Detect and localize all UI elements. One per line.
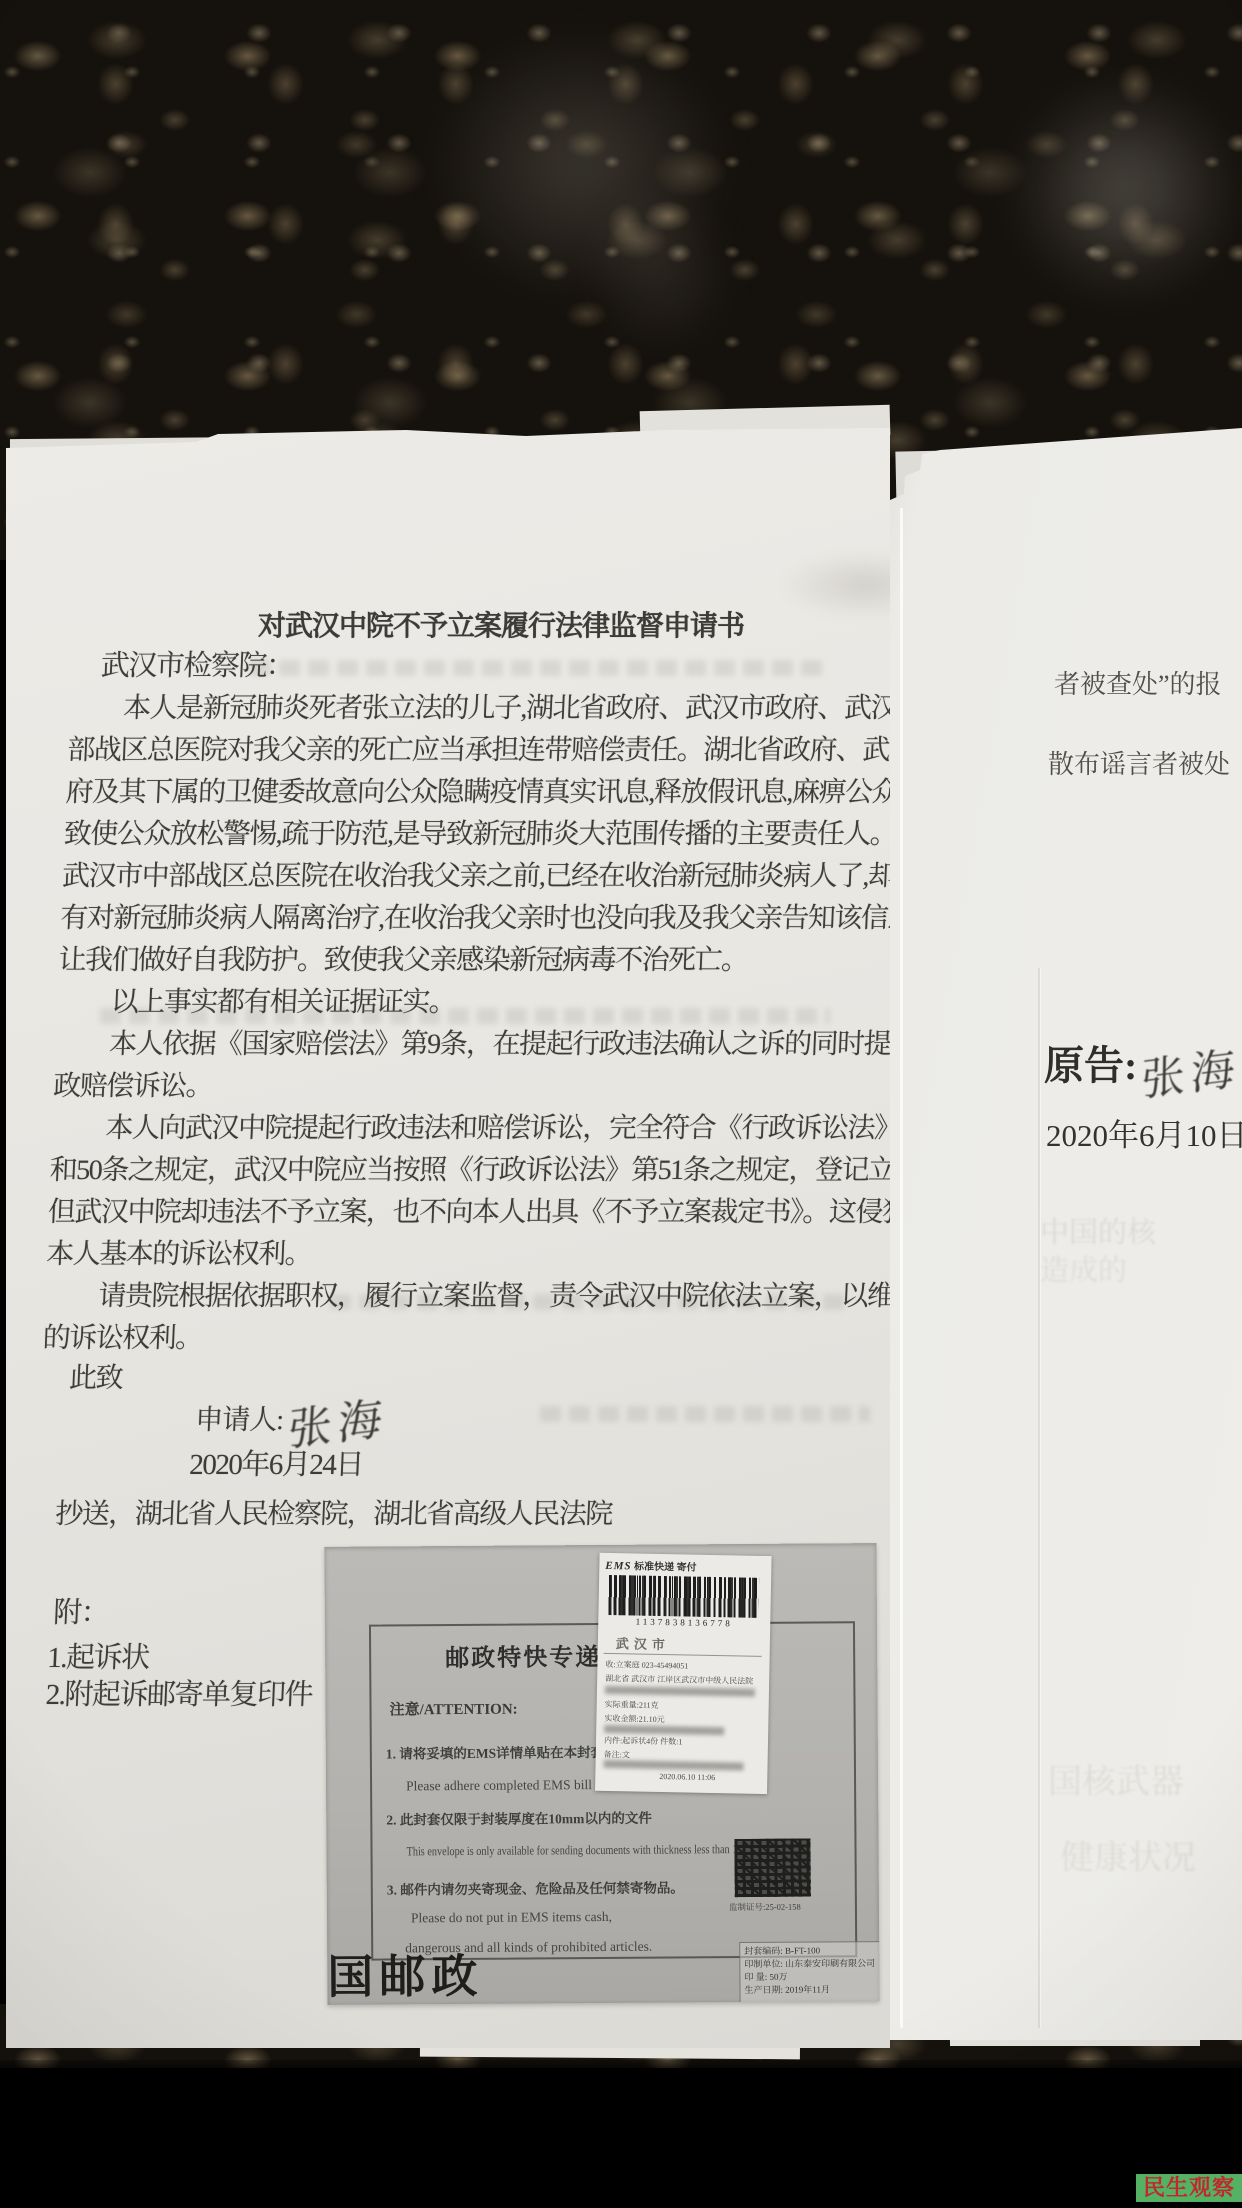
body-line: 本人基本的诉讼权利。 (46, 1232, 313, 1272)
attachment-item: 1.起诉状 (47, 1635, 150, 1676)
qr-caption: 监制证号:25-02-158 (729, 1901, 801, 1914)
body-line: 武汉市中部战区总医院在收治我父亲之前,已经在收治新冠肺炎病人了,却没 (61, 854, 922, 894)
bleed-through-text: 中国的核 (1040, 1210, 1156, 1251)
granite-reflection (1010, 80, 1240, 300)
body-line: 部战区总医院对我父亲的死亡应当承担连带赔偿责任。湖北省政府、武汉市政 (67, 728, 970, 768)
ems-shipping-label: EMS 标准快递 寄付 1137838136778 武汉市 收:立案庭 023-… (595, 1553, 772, 1794)
bleed-through-text: 国核武器 (1048, 1754, 1184, 1803)
barcode (608, 1575, 759, 1618)
bleed-through-text: 健康状况 (1060, 1830, 1196, 1879)
plaintiff-line: 原告: 张海 (1044, 1034, 1241, 1102)
photo-scene: 者被查处”的报 散布谣言者被处 中国的核 造成的 原告: 张海 2020年6月1… (0, 0, 1242, 2208)
label-header: EMS 标准快递 寄付 (605, 1557, 765, 1575)
right-doc-fragment: 者被查处”的报 (1054, 664, 1222, 701)
right-doc-date: 2020年6月10日 (1046, 1110, 1242, 1155)
right-document-stack: 者被查处”的报 散布谣言者被处 中国的核 造成的 原告: 张海 2020年6月1… (890, 428, 1242, 2040)
body-line: 请贵院根据依据职权，履行立案监督，责令武汉中院依法立案，以维护本人 (98, 1274, 974, 1314)
label-row: 实际重量:211克 (605, 1699, 659, 1711)
ems-envelope-scan: 邮政特快专递封 注意/ATTENTION: 1. 请将妥填的EMS详情单贴在本封… (324, 1543, 879, 2005)
label-row: 实收金额:21.10元 (604, 1713, 664, 1725)
envelope-note-en: Please do not put in EMS items cash, (411, 1909, 612, 1926)
label-row: 收:立案庭 023-45494051 (605, 1659, 688, 1672)
plaintiff-signature: 张海 (1141, 1032, 1241, 1109)
label-row: 2020.06.10 11:06 (659, 1772, 715, 1782)
info-line: 印制单位: 山东泰安印刷有限公司 (744, 1957, 878, 1971)
ems-logo: EMS (605, 1560, 631, 1573)
watermark-badge: 民生观察 (1136, 2174, 1242, 2202)
applicant-label: 申请人: (195, 1405, 284, 1436)
barcode-number: 1137838136778 (598, 1616, 770, 1629)
label-row: 备注:文 (604, 1749, 630, 1761)
envelope-info-box: 封套编码: B-FT-100 印制单位: 山东泰安印刷有限公司 印 量: 50万… (739, 1941, 879, 2004)
city-stamp: 武汉市 (616, 1633, 670, 1653)
illegible-row (604, 1725, 724, 1735)
qr-code (734, 1839, 810, 1898)
label-row: 湖北省 武汉市 江岸区武汉市中级人民法院 (605, 1673, 753, 1687)
body-line: 有对新冠肺炎病人隔离治疗,在收治我父亲时也没向我及我父亲告知该信息, (60, 896, 921, 936)
body-line: 的诉讼权利。 (42, 1316, 203, 1356)
bleed-through-text: 造成的 (1040, 1248, 1127, 1289)
info-line: 印 量: 50万 (744, 1970, 878, 1984)
china-post-brand-partial: 国邮政 (327, 1940, 483, 2005)
body-line: 让我们做好自我防护。致使我父亲感染新冠病毒不治死亡。 (58, 938, 749, 978)
counter-edge-shadow (0, 2060, 1242, 2208)
body-line: 府及其下属的卫健委故意向公众隐瞒疫情真实讯息,释放假讯息,麻痹公众, (65, 770, 905, 810)
document-title: 对武汉中院不予立案履行法律监督申请书 (258, 604, 744, 644)
body-line: 政赔偿诉讼。 (53, 1064, 214, 1104)
body-line: 和50条之规定，武汉中院应当按照《行政诉讼法》第51条之规定，登记立案。 (49, 1148, 949, 1188)
attention-heading: 注意/ATTENTION: (389, 1698, 517, 1720)
info-line: 生产日期: 2019年11月 (744, 1983, 878, 1997)
illegible-row (603, 1760, 743, 1771)
body-line: 但武汉中院却违法不予立案，也不向本人出具《不予立案裁定书》。这侵犯了 (47, 1190, 936, 1230)
body-line: 本人依据《国家赔偿法》第9条，在提起行政违法确认之诉的同时提起了行 (108, 1022, 970, 1062)
body-line: 本人是新冠肺炎死者张立法的儿子,湖北省政府、武汉市政府、武汉市中 (122, 686, 951, 726)
label-divider (604, 1653, 762, 1657)
closing-phrase: 此致 (68, 1356, 123, 1396)
plaintiff-label: 原告: (1044, 1043, 1137, 1088)
info-line: 封套编码: B-FT-100 (744, 1944, 878, 1958)
body-line: 致使公众放松警惕,疏于防范,是导致新冠肺炎大范围传播的主要责任人。而 (63, 812, 924, 852)
attachment-heading: 附： (52, 1590, 109, 1631)
envelope-note-cn: 2. 此封套仅限于封装厚度在10mm以内的文件 (386, 1807, 652, 1829)
right-doc-fragment: 散布谣言者被处 (1048, 744, 1230, 781)
granite-reflection (590, 190, 730, 350)
envelope-note-en: This envelope is only available for send… (406, 1842, 761, 1859)
illegible-row (605, 1686, 755, 1697)
main-document: 对武汉中院不予立案履行法律监督申请书 武汉市检察院： 本人是新冠肺炎死者张立法的… (6, 428, 890, 2048)
body-line: 本人向武汉中院提起行政违法和赔偿诉讼，完全符合《行政诉讼法》第49条 (105, 1106, 980, 1146)
sheet-fold-line (1038, 968, 1040, 2028)
service-type: 标准快递 寄付 (634, 1561, 697, 1573)
salutation: 武汉市检察院： (100, 643, 294, 684)
paper-edge-highlight (900, 508, 903, 2028)
cc-line: 抄送，湖北省人民检察院，湖北省高级人民法院 (55, 1492, 613, 1532)
document-date: 2020年6月24日 (189, 1442, 364, 1483)
envelope-note-cn: 3. 邮件内请勿夹寄现金、危险品及任何禁寄物品。 (387, 1876, 684, 1898)
attachment-item: 2.附起诉邮寄单复印件 (45, 1672, 313, 1713)
label-row: 内件:起诉状4份 件数:1 (604, 1735, 683, 1748)
body-line: 以上事实都有相关证据证实。 (110, 980, 456, 1020)
